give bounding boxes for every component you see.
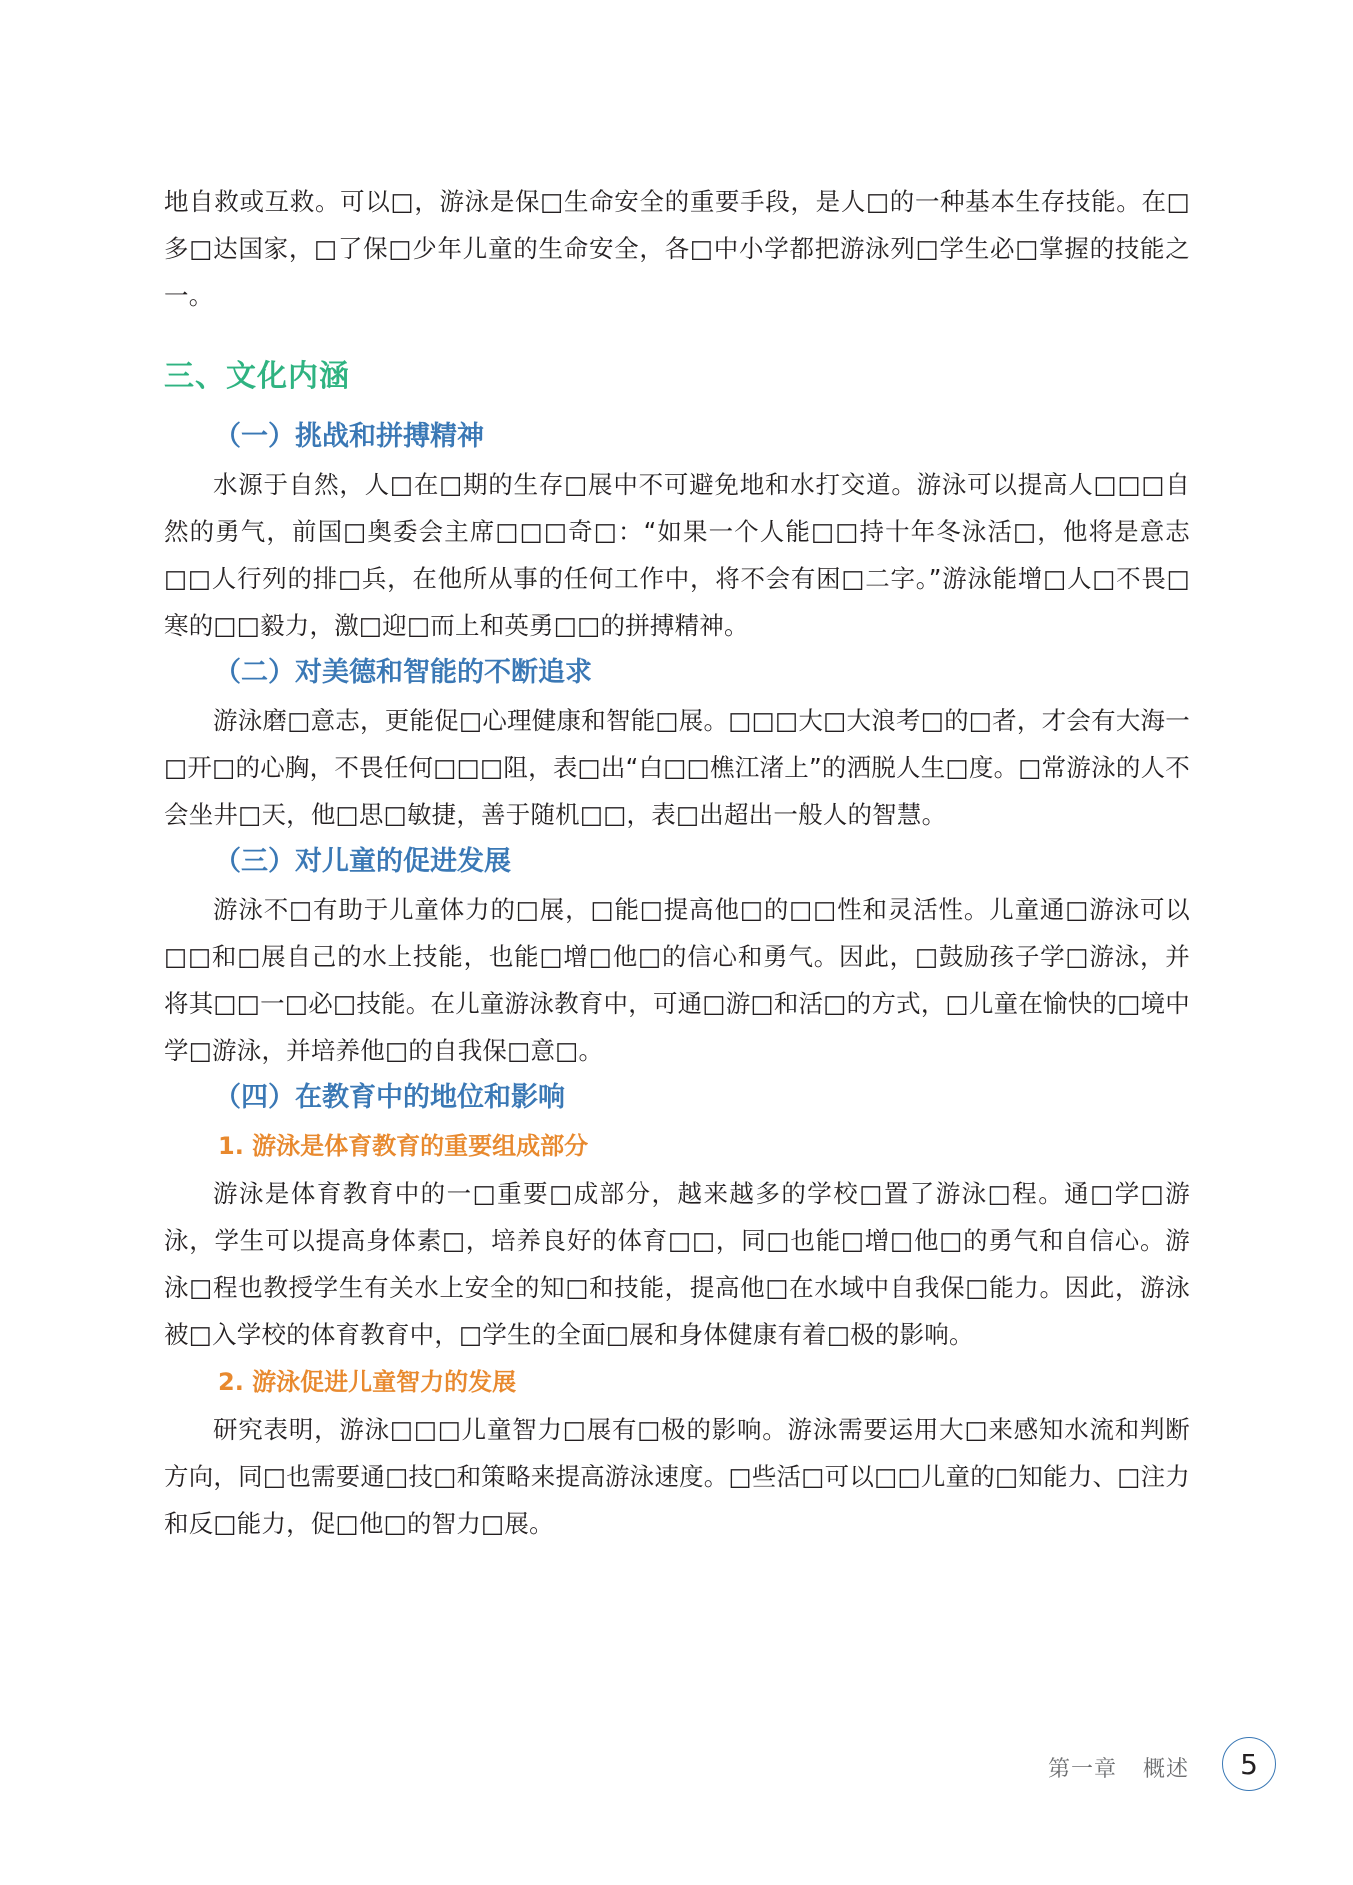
page-content: 地自救或互救。可以□，游泳是保□生命安全的重要手段，是人□的一种基本生存技能。在…	[164, 178, 1190, 1547]
chapter-title: 概述	[1143, 1757, 1189, 1782]
intro-paragraph: 地自救或互救。可以□，游泳是保□生命安全的重要手段，是人□的一种基本生存技能。在…	[164, 178, 1190, 319]
item-heading-1: 1. 游泳是体育教育的重要组成部分	[164, 1122, 1190, 1170]
chapter-label: 第一章	[1048, 1757, 1117, 1782]
page-number: 5	[1240, 1748, 1258, 1781]
running-footer: 第一章概述	[1048, 1752, 1189, 1783]
subsection-heading-3: （三）对儿童的促进发展	[164, 838, 1190, 886]
section-heading: 三、文化内涵	[164, 357, 1190, 397]
page-number-badge: 5	[1222, 1737, 1276, 1791]
item-heading-2: 2. 游泳促进儿童智力的发展	[164, 1358, 1190, 1406]
item-paragraph-2: 研究表明，游泳□□□儿童智力□展有□极的影响。游泳需要运用大□来感知水流和判断方…	[164, 1406, 1190, 1547]
subsection-heading-2: （二）对美德和智能的不断追求	[164, 649, 1190, 697]
item-paragraph-1: 游泳是体育教育中的一□重要□成部分，越来越多的学校□置了游泳□程。通□学□游泳，…	[164, 1170, 1190, 1358]
subsection-paragraph-3: 游泳不□有助于儿童体力的□展，□能□提高他□的□□性和灵活性。儿童通□游泳可以□…	[164, 886, 1190, 1074]
page-footer: 第一章概述 5	[0, 1730, 1353, 1800]
subsection-heading-4: （四）在教育中的地位和影响	[164, 1074, 1190, 1122]
subsection-paragraph-2: 游泳磨□意志，更能促□心理健康和智能□展。□□□大□大浪考□的□者，才会有大海一…	[164, 697, 1190, 838]
subsection-paragraph-1: 水源于自然，人□在□期的生存□展中不可避免地和水打交道。游泳可以提高人□□□自然…	[164, 461, 1190, 649]
subsection-heading-1: （一）挑战和拼搏精神	[164, 413, 1190, 461]
